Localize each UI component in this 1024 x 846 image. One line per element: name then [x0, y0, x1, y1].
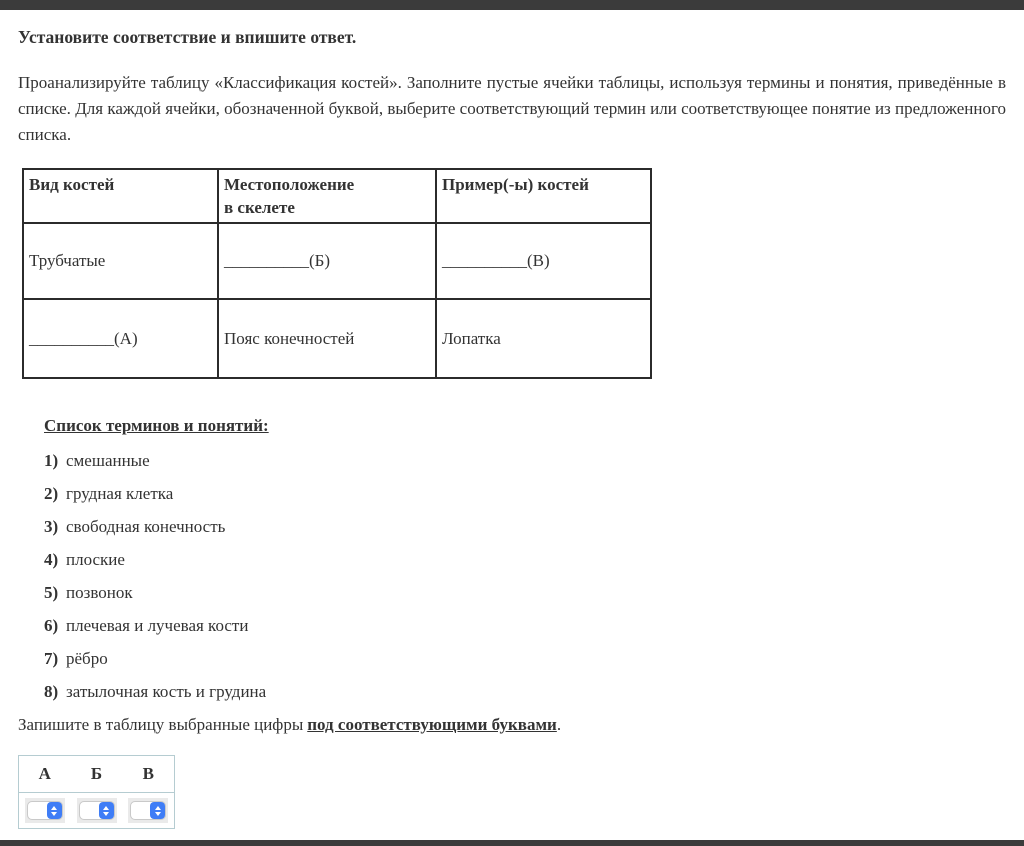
answer-select-v-field[interactable] — [130, 801, 166, 820]
list-item: 6) плечевая и лучевая кости — [44, 617, 1006, 634]
header-examples: Пример(-ы) костей — [436, 169, 651, 223]
table-row: Трубчатые __________(Б) __________(В) — [23, 223, 651, 299]
list-item: 4) плоские — [44, 551, 1006, 568]
write-instruction-emphasis: под соответствующими буквами — [307, 715, 557, 734]
header-location-line2: в скелете — [224, 196, 430, 219]
answer-select-b[interactable] — [77, 798, 117, 823]
term-number: 6) — [44, 617, 66, 634]
answer-letter-b: Б — [71, 756, 123, 793]
top-chrome-bar — [0, 0, 1024, 10]
answer-select-a-field[interactable] — [27, 801, 63, 820]
header-bone-type: Вид костей — [23, 169, 218, 223]
term-label: позвонок — [66, 584, 133, 601]
stepper-up-down-icon[interactable] — [99, 802, 114, 819]
header-location-line1: Местоположение — [224, 173, 430, 196]
chevron-up-icon — [155, 806, 161, 810]
terms-list: 1) смешанные 2) грудная клетка 3) свобод… — [18, 452, 1006, 700]
task-title: Установите соответствие и впишите ответ. — [18, 28, 1006, 47]
answer-selects-row — [19, 793, 175, 829]
answer-cell-b — [71, 793, 123, 829]
term-number: 3) — [44, 518, 66, 535]
answer-select-b-field[interactable] — [79, 801, 115, 820]
stepper-up-down-icon[interactable] — [47, 802, 62, 819]
answer-select-v[interactable] — [128, 798, 168, 823]
answer-select-a[interactable] — [25, 798, 65, 823]
answer-cell-a — [19, 793, 71, 829]
table-row: __________(А) Пояс конечностей Лопатка — [23, 299, 651, 378]
chevron-down-icon — [51, 812, 57, 816]
list-item: 1) смешанные — [44, 452, 1006, 469]
answer-letter-a: А — [19, 756, 71, 793]
term-label: затылочная кость и грудина — [66, 683, 266, 700]
cell-blank-a: __________(А) — [23, 299, 218, 378]
list-item: 8) затылочная кость и грудина — [44, 683, 1006, 700]
term-number: 7) — [44, 650, 66, 667]
term-number: 4) — [44, 551, 66, 568]
task-instructions: Проанализируйте таблицу «Классификация к… — [18, 70, 1006, 148]
term-number: 5) — [44, 584, 66, 601]
term-number: 8) — [44, 683, 66, 700]
term-number: 1) — [44, 452, 66, 469]
term-number: 2) — [44, 485, 66, 502]
chevron-up-icon — [103, 806, 109, 810]
write-instruction: Запишите в таблицу выбранные цифрыпод со… — [18, 716, 1006, 734]
term-label: смешанные — [66, 452, 150, 469]
header-location: Местоположение в скелете — [218, 169, 436, 223]
cell-tubular: Трубчатые — [23, 223, 218, 299]
answer-letters-row: А Б В — [19, 756, 175, 793]
list-item: 5) позвонок — [44, 584, 1006, 601]
cell-blank-v: __________(В) — [436, 223, 651, 299]
chevron-down-icon — [103, 812, 109, 816]
term-label: рёбро — [66, 650, 108, 667]
write-instruction-prefix: Запишите в таблицу выбранные цифры — [18, 715, 303, 734]
terms-list-title: Список терминов и понятий: — [44, 417, 1006, 435]
chevron-down-icon — [155, 812, 161, 816]
list-item: 7) рёбро — [44, 650, 1006, 667]
write-instruction-suffix: . — [557, 715, 561, 734]
classification-table: Вид костей Местоположение в скелете Прим… — [22, 168, 652, 379]
term-label: плечевая и лучевая кости — [66, 617, 248, 634]
task-content: Установите соответствие и впишите ответ.… — [0, 10, 1024, 829]
cell-limb-girdle: Пояс конечностей — [218, 299, 436, 378]
classification-table-header-row: Вид костей Местоположение в скелете Прим… — [23, 169, 651, 223]
answer-letter-v: В — [123, 756, 175, 793]
term-label: свободная конечность — [66, 518, 225, 535]
chevron-up-icon — [51, 806, 57, 810]
cell-scapula: Лопатка — [436, 299, 651, 378]
cell-blank-b: __________(Б) — [218, 223, 436, 299]
list-item: 3) свободная конечность — [44, 518, 1006, 535]
stepper-up-down-icon[interactable] — [150, 802, 165, 819]
answer-cell-v — [123, 793, 175, 829]
answer-table: А Б В — [18, 755, 175, 829]
term-label: грудная клетка — [66, 485, 173, 502]
list-item: 2) грудная клетка — [44, 485, 1006, 502]
term-label: плоские — [66, 551, 125, 568]
bottom-chrome-bar — [0, 840, 1024, 846]
